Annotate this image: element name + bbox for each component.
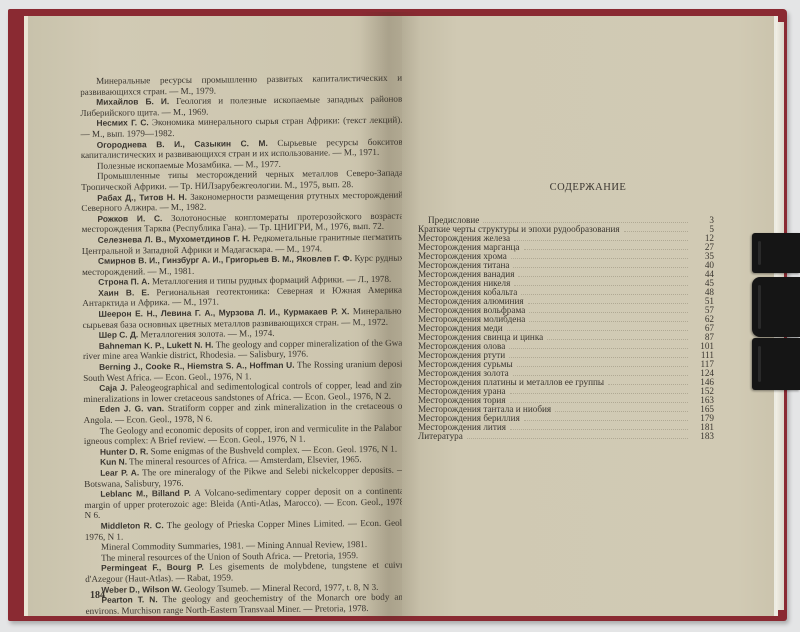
entry-author: Рабах Д., Титов Н. Н.	[97, 191, 187, 202]
entry-author: Шер С. Д.	[99, 330, 139, 340]
toc-leader-dots	[624, 231, 688, 232]
bibliography-list: Минеральные ресурсы промышленно развитых…	[80, 73, 406, 616]
entry-author: Permingeat F., Bourg P.	[101, 562, 204, 573]
toc-leader-dots	[511, 258, 688, 259]
entry-author: Bahneman K. P., Lukett N. H.	[99, 339, 214, 350]
toc-leader-dots	[514, 240, 688, 241]
entry-author: Middleton R. C.	[101, 520, 164, 531]
toc-leader-dots	[529, 312, 688, 313]
binder-clip-icon	[752, 233, 800, 273]
entry-author: Михайлов Б. И.	[96, 96, 169, 107]
entry-author: Рожков И. С.	[97, 213, 162, 224]
bibliography-entry: Шеерон Е. Н., Левина Г. А., Мурзова Л. И…	[82, 306, 404, 331]
toc-entry-page: 183	[688, 432, 714, 441]
table-of-contents: Предисловие3Краткие черты структуры и эп…	[418, 216, 714, 441]
bibliography-entry: Огороднева В. И., Сазыкин С. М. Сырьевые…	[81, 136, 403, 161]
toc-leader-dots	[509, 357, 688, 358]
toc-leader-dots	[514, 285, 688, 286]
toc-leader-dots	[528, 303, 688, 304]
toc-leader-dots	[547, 339, 688, 340]
toc-entry: Литература183	[418, 432, 714, 441]
bibliography-entry: Leblanc M., Billand P. A Volcano-sedimen…	[84, 486, 406, 521]
toc-leader-dots	[555, 411, 688, 412]
entry-author: Eden J. G. van.	[99, 404, 164, 415]
toc-leader-dots	[608, 384, 688, 385]
entry-author: Хаин В. Е.	[98, 287, 149, 298]
toc-leader-dots	[507, 330, 688, 331]
toc-title: СОДЕРЖАНИЕ	[402, 182, 774, 193]
entry-text: Paleogeographical and sedimentological c…	[83, 380, 405, 404]
entry-author: Kun N.	[100, 457, 127, 467]
toc-leader-dots	[521, 294, 688, 295]
entry-author: Смирнов В. И., Гинзбург А. И., Григорьев…	[98, 253, 352, 266]
entry-author: Berning J., Cooke R., Hiemstra S. A., Ho…	[99, 360, 295, 372]
entry-author: Caja J.	[99, 383, 127, 393]
right-page: СОДЕРЖАНИЕ Предисловие3Краткие черты стр…	[402, 16, 778, 616]
entry-author: Pearton T. N.	[101, 594, 157, 605]
left-page: Минеральные ресурсы промышленно развитых…	[24, 16, 406, 616]
toc-leader-dots	[510, 429, 688, 430]
entry-author: Weber D., Wilson W.	[101, 583, 181, 594]
entry-author: Строна П. А.	[98, 277, 150, 288]
toc-leader-dots	[510, 393, 688, 394]
bibliography-entry: Pearton T. N. The geology and geochemist…	[85, 592, 406, 616]
toc-leader-dots	[509, 348, 688, 349]
entry-text: Металлогения золота. — М., 1974.	[140, 328, 274, 339]
toc-leader-dots	[513, 375, 688, 376]
entry-author: Hunter D. R.	[100, 446, 148, 457]
toc-leader-dots	[510, 402, 688, 403]
entry-author: Leblanc M., Billand P.	[100, 488, 191, 499]
toc-leader-dots	[467, 438, 688, 439]
page-number: 184	[90, 590, 105, 601]
binder-clip-icon	[752, 277, 800, 337]
binder-clip-icon	[752, 338, 800, 390]
entry-text: The Geology and economic deposits of cop…	[84, 422, 406, 446]
toc-leader-dots	[524, 420, 688, 421]
entry-text: Минеральные ресурсы промышленно развитых…	[80, 73, 402, 97]
entry-text: Промышленные типы месторождений черных м…	[81, 168, 403, 192]
toc-leader-dots	[513, 267, 688, 268]
toc-leader-dots	[483, 222, 688, 223]
toc-leader-dots	[529, 321, 688, 322]
toc-leader-dots	[518, 276, 688, 277]
toc-entry-title: Литература	[418, 432, 467, 441]
toc-leader-dots	[517, 366, 688, 367]
entry-author: Несмих Г. С.	[96, 118, 148, 129]
entry-author: Lear P. A.	[100, 467, 139, 477]
toc-leader-dots	[524, 249, 688, 250]
